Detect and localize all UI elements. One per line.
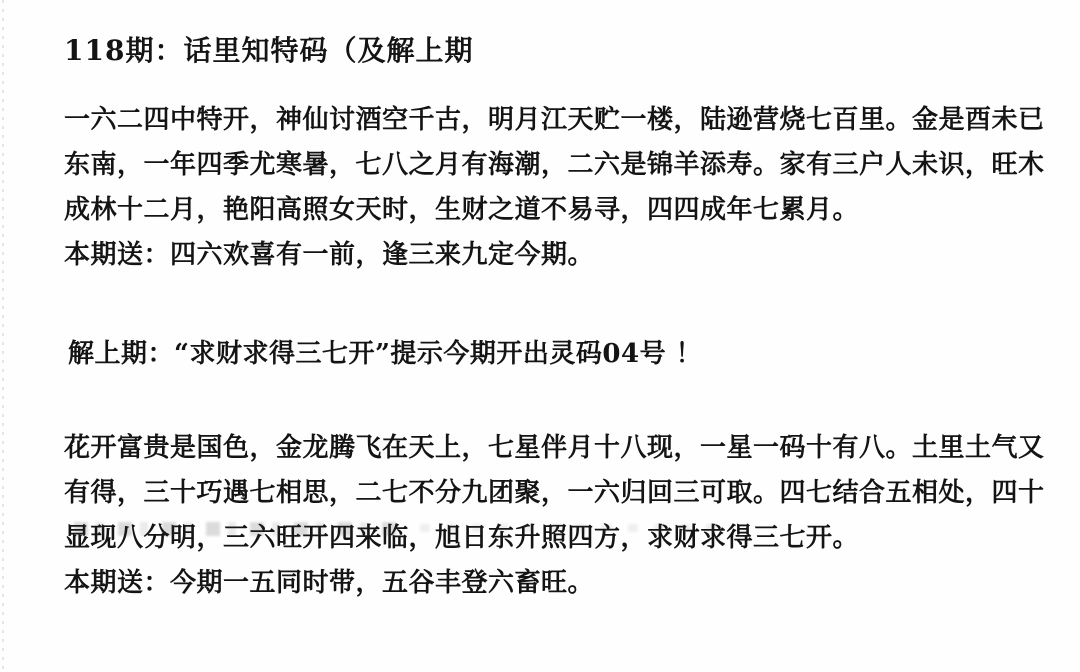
scan-edge-artifact (2, 0, 4, 672)
verse1-line-3: 成林十二月，艳阳高照女天时，生财之道不易寻，四四成年七累月。 (64, 188, 1022, 233)
faded-text-smudge-right (420, 524, 720, 532)
previous-issue-hint: 解上期：“求财求得三七开”提示今期开出灵码04号 ！ (68, 330, 1022, 378)
verse1-line-1: 一六二四中特开，神仙讨酒空千古，明月江天贮一楼，陆逊营烧七百里。金是酉未已 (64, 98, 1022, 143)
verse2-line-2: 有得，三十巧遇七相思，二七不分九团聚，一六归回三可取。四七结合五相处，四十 (64, 471, 1022, 516)
gift-line-1: 本期送：四六欢喜有一前，逢三来九定今期。 (64, 233, 1022, 278)
verse2-line-1: 花开富贵是国色，金龙腾飞在天上，七星伴月十八现，一星一码十有八。土里土气又 (64, 426, 1022, 471)
verse-paragraph-1: 一六二四中特开，神仙讨酒空千古，明月江天贮一楼，陆逊营烧七百里。金是酉未已 东南… (64, 98, 1022, 278)
scanned-document-page: 118期：话里知特码（及解上期 一六二四中特开，神仙讨酒空千古，明月江天贮一楼，… (0, 0, 1080, 672)
gift-line-2: 本期送：今期一五同时带，五谷丰登六畜旺。 (64, 561, 1022, 606)
verse1-line-2: 东南，一年四季尤寒暑，七八之月有海潮，二六是锦羊添寿。家有三户人未识，旺木 (64, 143, 1022, 188)
issue-title: 118期：话里知特码（及解上期 (64, 34, 1022, 68)
verse-paragraph-2: 花开富贵是国色，金龙腾飞在天上，七星伴月十八现，一星一码十有八。土里土气又 有得… (64, 426, 1022, 606)
faded-text-smudge (74, 522, 404, 536)
